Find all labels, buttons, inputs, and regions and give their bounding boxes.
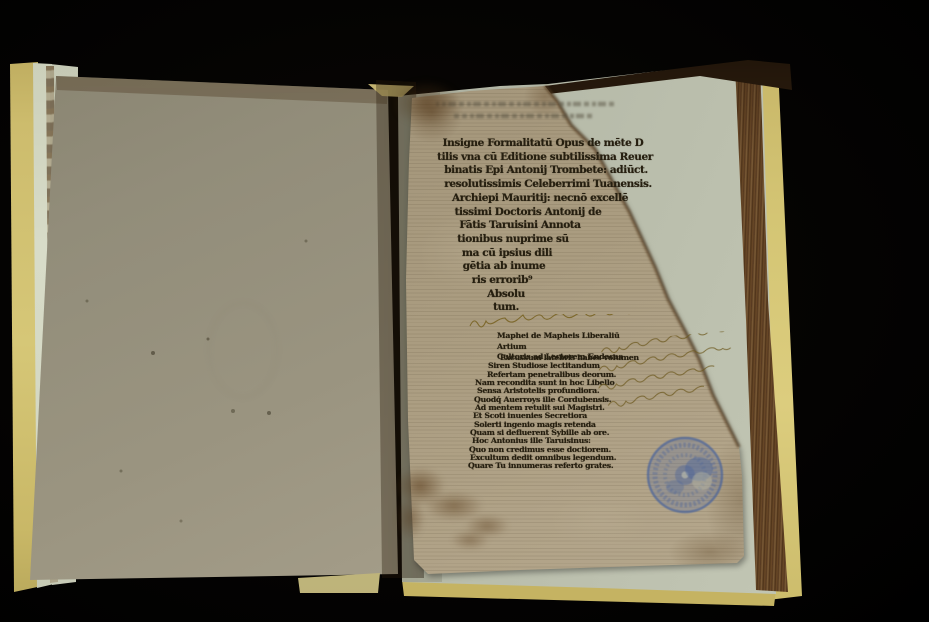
title-line: Absolu (378, 288, 634, 302)
photograph-of-open-book: Insigne Formalitatū Opus de mēte D tilis… (0, 0, 929, 622)
title-line: Fātis Taruisini Annota (392, 219, 648, 233)
title-line: tissimi Doctoris Antonij de (400, 206, 656, 220)
title-line: gētia ab inume (376, 260, 632, 274)
title-line: Archiepi Mauritij: necnō excellē (412, 192, 668, 206)
title-line: resolutissimis Celeberrimi Tuanensis. (420, 178, 676, 192)
title-line: tilis vna cū Editione subtilissima Reuer (417, 151, 673, 165)
ink-smudge (392, 448, 532, 560)
title-line: ma cū ipsius dili (379, 247, 635, 261)
title-line: ris errorib⁹ (374, 274, 630, 288)
gutter-stain-top (396, 78, 482, 140)
title-line: tionibus nuprime sū (385, 233, 641, 247)
title-block: Insigne Formalitatū Opus de mēte D tilis… (404, 137, 660, 315)
library-stamp (645, 435, 725, 515)
margin-note-handwriting (593, 330, 752, 425)
title-line: binatis Epi Antonij Trombete: adiūct. (418, 164, 674, 178)
